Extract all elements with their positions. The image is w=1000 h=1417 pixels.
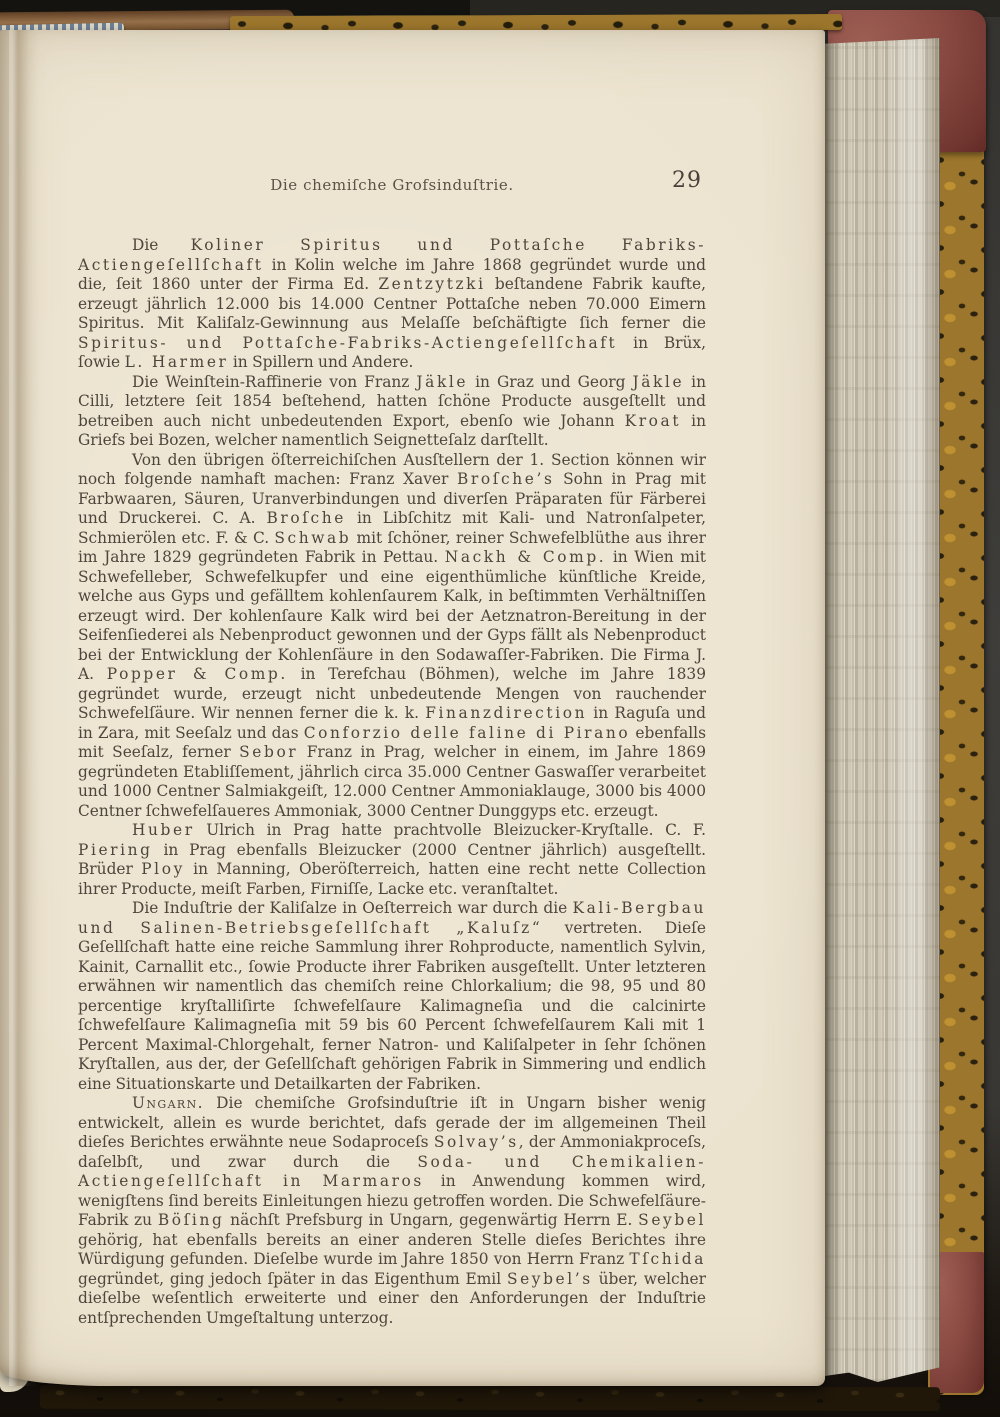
marbled-bottom-edge bbox=[40, 1385, 940, 1411]
emphasized-name: Kroat bbox=[625, 412, 681, 430]
paragraph: Die Induſtrie der Kaliſalze in Oeſterrei… bbox=[78, 899, 706, 1094]
emphasized-name: Schwab bbox=[274, 529, 351, 547]
text-run: Die Weinſtein-Raffinerie von Franz bbox=[132, 373, 416, 391]
emphasized-name: Ploy bbox=[141, 860, 185, 878]
emphasized-name: Jäkle bbox=[632, 373, 684, 391]
paragraph: Die Weinſtein-Raffinerie von Franz Jäkle… bbox=[78, 373, 706, 451]
paragraph: Huber Ulrich in Prag hatte prachtvolle B… bbox=[78, 821, 706, 899]
emphasized-name: Broſche’s bbox=[457, 470, 554, 488]
text-run: in Graz und Georg bbox=[468, 373, 632, 391]
text-run: Die bbox=[132, 236, 191, 254]
text-run: Ungarn. bbox=[132, 1094, 204, 1112]
paragraph: Von den übrigen öſterreichiſchen Ausſtel… bbox=[78, 451, 706, 822]
emphasized-name: Sebor bbox=[239, 743, 298, 761]
text-run: nächſt Prefsburg in Ungarn, gegenwärtig … bbox=[224, 1211, 638, 1229]
page-number: 29 bbox=[672, 168, 702, 193]
running-title: Die chemiſche Grofsinduſtrie. bbox=[78, 176, 706, 194]
emphasized-name: Nackh & Comp. bbox=[445, 548, 607, 566]
book-page: Die chemiſche Grofsinduſtrie. 29 Die Kol… bbox=[0, 30, 825, 1386]
printed-area: Die chemiſche Grofsinduſtrie. 29 Die Kol… bbox=[78, 170, 706, 1328]
emphasized-name: Huber bbox=[132, 821, 195, 839]
emphasized-name: Piering bbox=[78, 841, 153, 859]
emphasized-name: Solvay’s bbox=[434, 1133, 519, 1151]
text-run: in Spillern und Andere. bbox=[228, 353, 413, 371]
emphasized-name: Seybel bbox=[638, 1211, 706, 1229]
text-run: in Wien mit Schwefelleber, Schwefelkupfe… bbox=[78, 548, 706, 683]
emphasized-name: Popper & Comp. bbox=[107, 665, 288, 683]
emphasized-name: Finanzdirection bbox=[425, 704, 587, 722]
emphasized-name: Seybel’s bbox=[507, 1270, 593, 1288]
emphasized-name: Zentzytzki bbox=[378, 275, 485, 293]
paragraph: Ungarn. Die chemiſche Grofsinduſtrie iſt… bbox=[78, 1094, 706, 1328]
emphasized-name: Conforzio delle faline di Pirano bbox=[304, 724, 631, 742]
text-run: gehörig, hat ebenfalls bereits an einer … bbox=[78, 1231, 706, 1269]
emphasized-name: Böſing bbox=[158, 1211, 225, 1229]
emphasized-name: Tſchida bbox=[629, 1250, 706, 1268]
photo-of-open-book: Die chemiſche Grofsinduſtrie. 29 Die Kol… bbox=[0, 0, 1000, 1417]
fore-edge-pages bbox=[820, 38, 940, 1382]
paragraph: Die Koliner Spiritus und Pottaſche Fabri… bbox=[78, 236, 706, 373]
gutter-shadow bbox=[9, 30, 39, 1386]
text-run: vertreten. Dieſe Geſellſchaft hatte eine… bbox=[78, 919, 706, 1093]
emphasized-name: L. Harmer bbox=[125, 353, 229, 371]
emphasized-name: Spiritus- und Pottaſche-Fabriks-Actienge… bbox=[78, 334, 617, 352]
text-run: Die Induſtrie der Kaliſalze in Oeſterrei… bbox=[132, 899, 573, 917]
text-run: gegründet, ging jedoch ſpäter in das Eig… bbox=[78, 1270, 507, 1288]
text-run: Ulrich in Prag hatte prachtvolle Bleizuc… bbox=[195, 821, 706, 839]
emphasized-name: Jäkle bbox=[416, 373, 468, 391]
text-block: Die Koliner Spiritus und Pottaſche Fabri… bbox=[78, 236, 706, 1328]
emphasized-name: Broſche bbox=[267, 509, 346, 527]
page-header: Die chemiſche Grofsinduſtrie. 29 bbox=[78, 170, 706, 204]
